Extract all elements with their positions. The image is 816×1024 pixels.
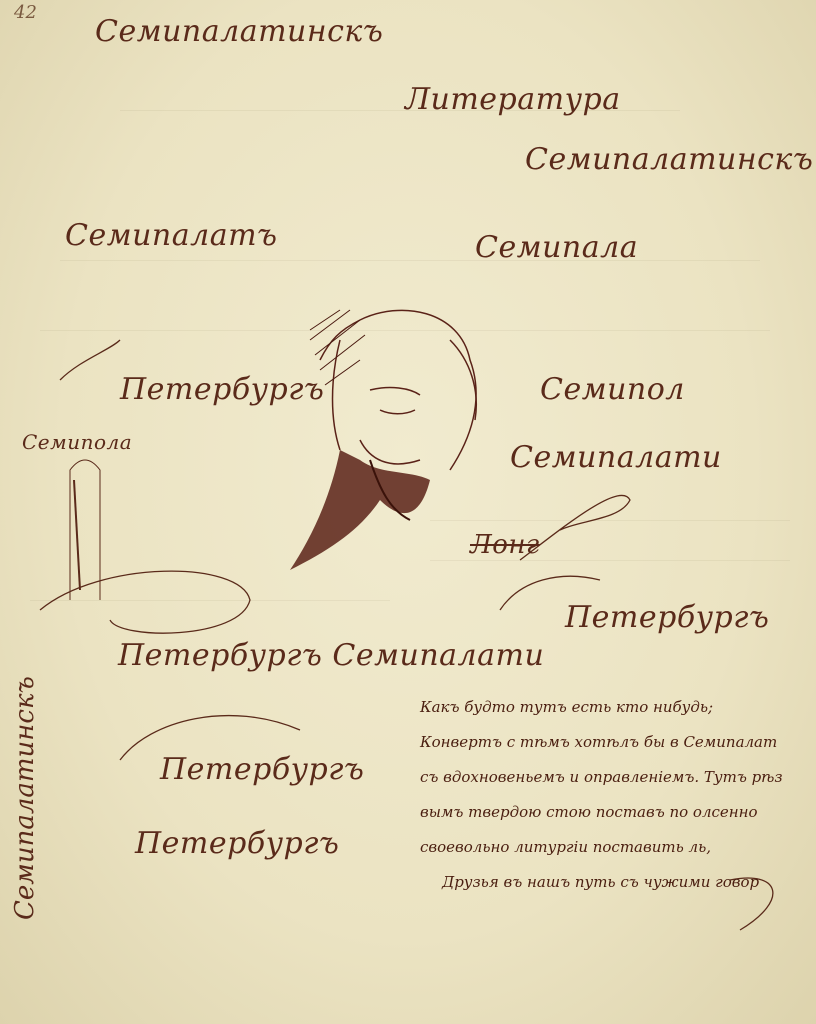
prose-line: Конвертъ с тѣмъ хотѣлъ бы в Семипалат [420, 725, 800, 760]
prose-line: своевольно литургіи поставить ль, [420, 830, 800, 865]
manuscript-page: 42 Семипалатинскъ Литература Семипалатин… [0, 0, 816, 1024]
portrait-drawing [270, 300, 490, 600]
prose-line: Друзья въ нашъ путь съ чужими говор [420, 865, 800, 900]
prose-paragraph: Какъ будто тутъ есть кто нибудь; Конверт… [420, 690, 800, 900]
prose-line: съ вдохновеньемъ и оправленіемъ. Тутъ рѣ… [420, 760, 800, 795]
prose-line: вымъ твердою стою поставъ по олсенно [420, 795, 800, 830]
prose-line: Какъ будто тутъ есть кто нибудь; [420, 690, 800, 725]
